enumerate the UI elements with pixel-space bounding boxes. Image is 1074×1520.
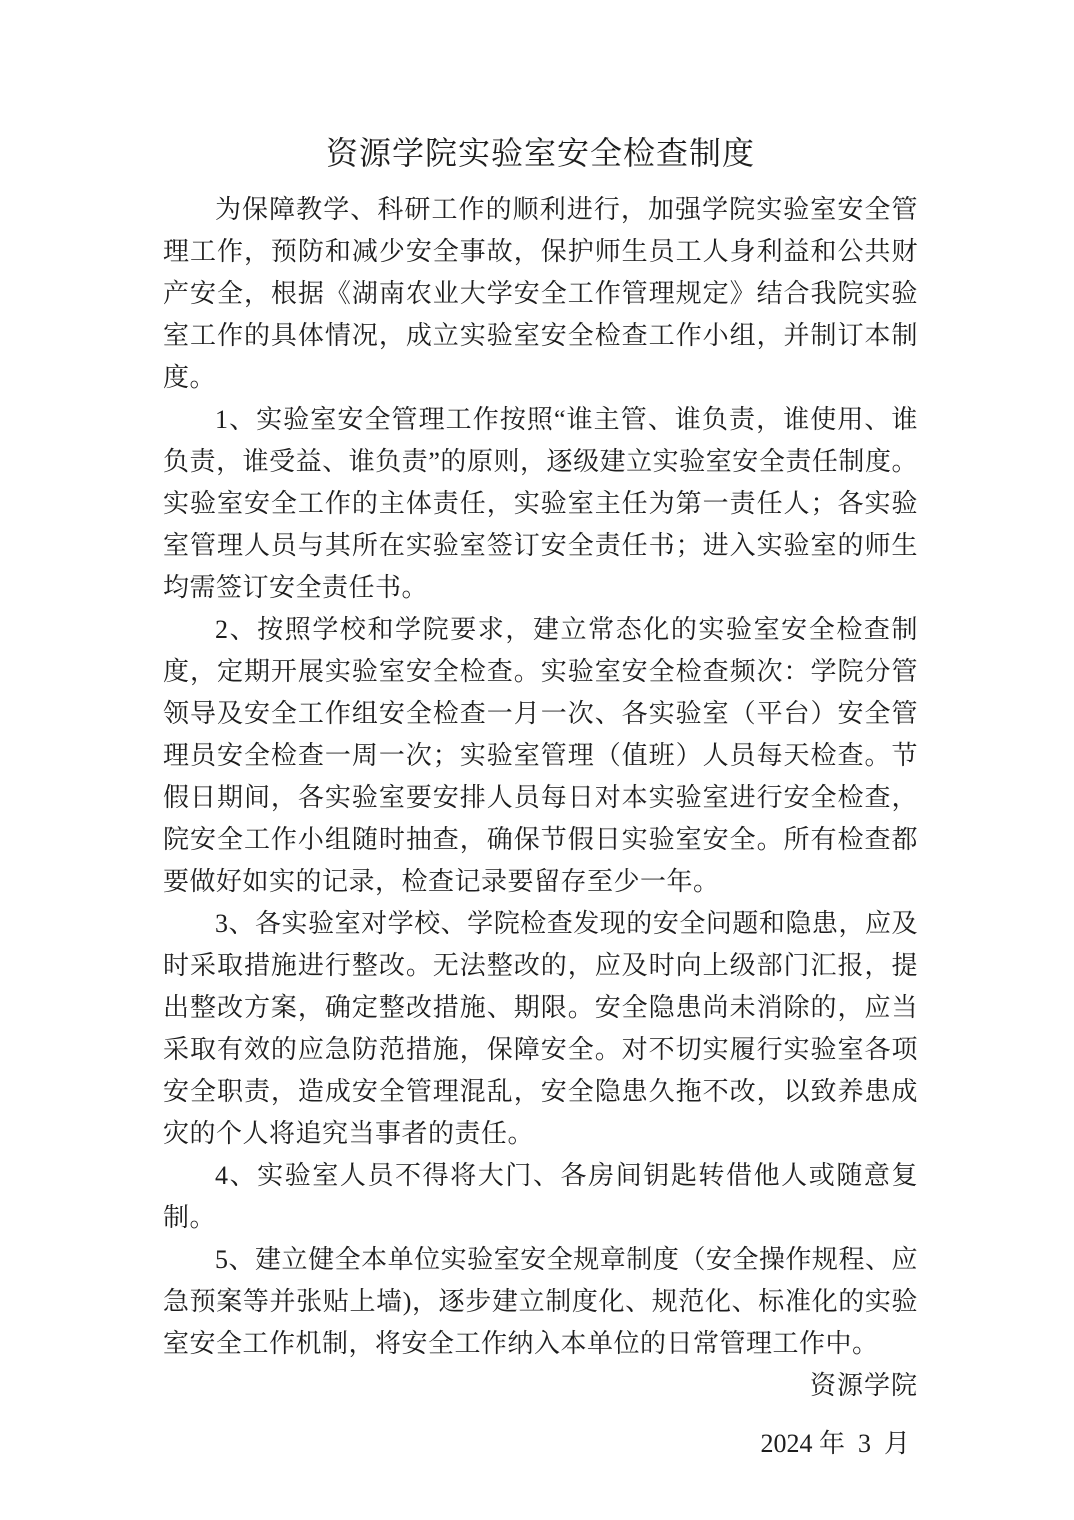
paragraph-item-3: 3、各实验室对学校、学院检查发现的安全问题和隐患，应及时采取措施进行整改。无法整…	[163, 903, 918, 1155]
signature-date: 2024 年 3 月	[163, 1423, 910, 1465]
paragraph-item-2: 2、按照学校和学院要求，建立常态化的实验室安全检查制度，定期开展实验室安全检查。…	[163, 609, 918, 903]
signature-unit: 资源学院	[163, 1365, 918, 1407]
document-title: 资源学院实验室安全检查制度	[163, 130, 918, 176]
document-page: 资源学院实验室安全检查制度 为保障教学、科研工作的顺利进行，加强学院实验室安全管…	[0, 0, 1074, 1520]
paragraph-item-4: 4、实验室人员不得将大门、各房间钥匙转借他人或随意复制。	[163, 1155, 918, 1239]
paragraph-item-5: 5、建立健全本单位实验室安全规章制度（安全操作规程、应急预案等并张贴上墙)，逐步…	[163, 1239, 918, 1365]
paragraph-item-1: 1、实验室安全管理工作按照“谁主管、谁负责，谁使用、谁负责，谁受益、谁负责”的原…	[163, 399, 918, 609]
paragraph-intro: 为保障教学、科研工作的顺利进行，加强学院实验室安全管理工作，预防和减少安全事故，…	[163, 189, 918, 399]
